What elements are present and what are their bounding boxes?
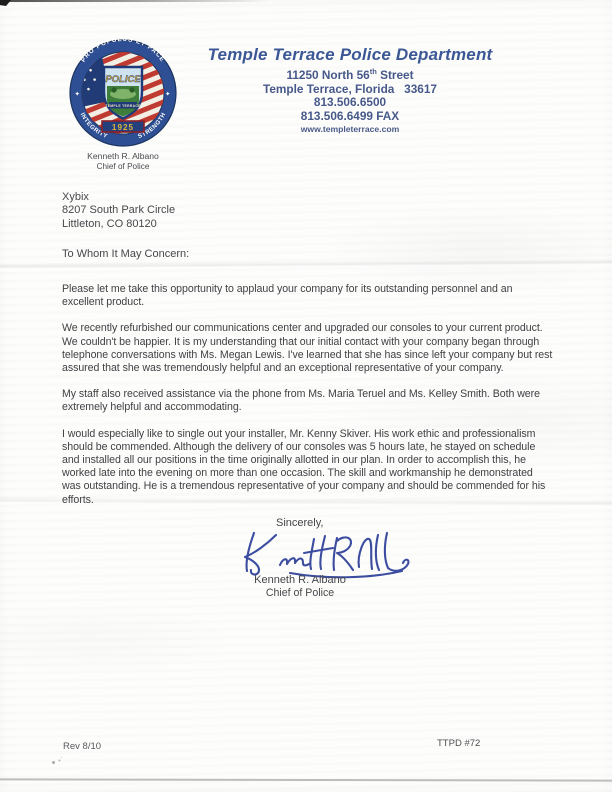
street-address-suffix: Street [377, 68, 414, 82]
letterhead: Temple Terrace Police Department 11250 N… [172, 45, 528, 135]
scan-corner-mark [0, 0, 11, 6]
badge-year-banner: 1925 [102, 121, 144, 132]
scan-smudge [52, 761, 55, 764]
fold-crease-upper [0, 259, 612, 273]
signature-ink-icon [234, 526, 414, 580]
fax-number: 813.506.6499 FAX [172, 110, 528, 124]
department-title: Temple Terrace Police Department [172, 45, 528, 65]
letterhead-chief-block: Kenneth R. Albano Chief of Police [58, 151, 188, 172]
police-badge-icon: POLICE TEMPLE TERRACE PRO POPULUS ET PAC… [64, 38, 182, 150]
letter-paragraph: We recently refurbished our communicatio… [62, 322, 554, 375]
footer-revision: Rev 8/10 [63, 741, 101, 752]
recipient-name: Xybix [62, 191, 175, 204]
street-address-text: 11250 North 56 [286, 68, 369, 82]
footer-document-number: TTPD #72 [437, 738, 480, 749]
salutation: To Whom It May Concern: [62, 248, 189, 260]
badge-year-text: 1925 [112, 123, 134, 132]
phone-number: 813.506.6500 [172, 96, 528, 110]
scanned-letter-page: POLICE TEMPLE TERRACE PRO POPULUS ET PAC… [0, 0, 612, 792]
badge-shield-city: TEMPLE TERRACE [105, 104, 141, 108]
badge-star-right-icon: ✦ [165, 90, 171, 98]
letter-paragraph: I would especially like to single out yo… [62, 428, 554, 507]
closing-sender-title: Chief of Police [200, 587, 400, 600]
badge-star-left-icon: ✦ [75, 90, 81, 98]
letterhead-chief-title: Chief of Police [58, 162, 188, 172]
letter-body: Please let me take this opportunity to a… [62, 283, 554, 520]
closing-sender-name: Kenneth R. Albano [200, 574, 400, 587]
recipient-street: 8207 South Park Circle [62, 204, 175, 217]
recipient-city: Littleton, CO 80120 [62, 218, 175, 231]
police-badge-seal: POLICE TEMPLE TERRACE PRO POPULUS ET PAC… [64, 38, 182, 150]
city-state-zip-line: Temple Terrace, Florida 33617 [172, 83, 528, 97]
letterhead-chief-name: Kenneth R. Albano [58, 151, 188, 162]
scan-top-edge-artifact [0, 0, 270, 2]
scan-bottom-edge-artifact [0, 778, 612, 781]
website-url: www.templeterrace.com [172, 123, 528, 135]
letter-paragraph: Please let me take this opportunity to a… [62, 283, 554, 309]
badge-shield-label: POLICE [105, 74, 141, 85]
street-address-ordinal: th [370, 67, 377, 76]
badge-shield: POLICE TEMPLE TERRACE [104, 67, 142, 119]
recipient-address-block: Xybix 8207 South Park Circle Littleton, … [62, 191, 175, 231]
letter-paragraph: My staff also received assistance via th… [62, 388, 554, 414]
handwritten-signature [234, 526, 414, 580]
street-address-line: 11250 North 56th Street [172, 65, 528, 83]
